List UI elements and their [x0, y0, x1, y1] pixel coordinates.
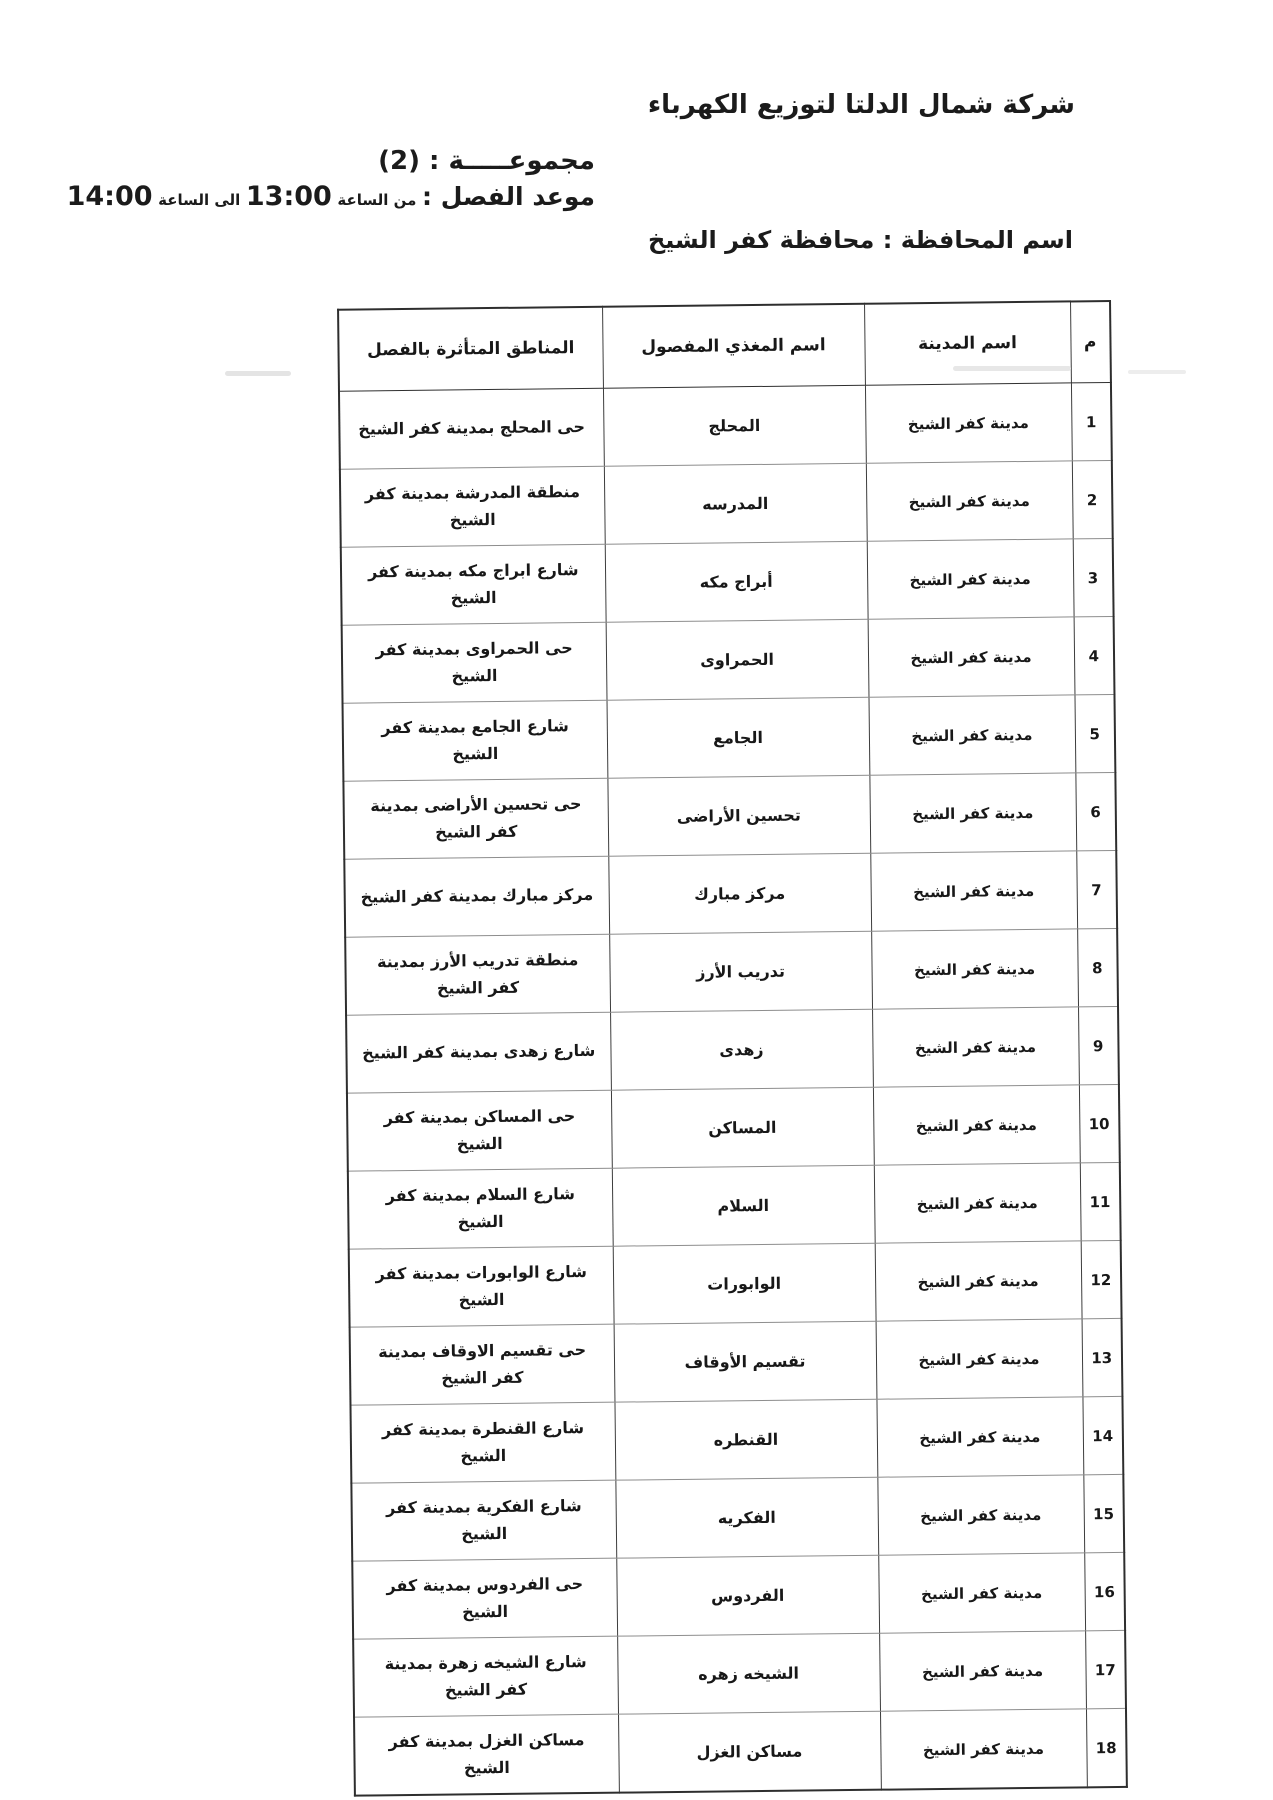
city-name: مدينة كفر الشيخ [873, 1085, 1080, 1165]
outage-table-body: 1 مدينة كفر الشيخ المحلج حى المحلج بمدين… [339, 382, 1127, 1795]
city-name: مدينة كفر الشيخ [874, 1163, 1081, 1243]
row-number: 12 [1081, 1240, 1122, 1318]
company-title: شركة شمال الدلتا لتوزيع الكهرباء [648, 90, 1075, 120]
affected-areas: مساكن الغزل بمدينة كفر الشيخ [354, 1714, 619, 1795]
city-name: مدينة كفر الشيخ [878, 1553, 1085, 1633]
row-number: 18 [1086, 1708, 1127, 1787]
row-number: 4 [1074, 616, 1115, 694]
feeder-name: تقسيم الأوقاف [614, 1321, 877, 1402]
outage-table: م اسم المدينة اسم المغذي المفصول المناطق… [337, 300, 1128, 1797]
city-name: مدينة كفر الشيخ [865, 383, 1072, 463]
table-row: 15 مدينة كفر الشيخ الفكريه شارع الفكرية … [351, 1474, 1124, 1561]
affected-areas: حى الفردوس بمدينة كفر الشيخ [352, 1558, 617, 1639]
table-row: 12 مدينة كفر الشيخ الوابورات شارع الوابو… [349, 1240, 1122, 1327]
col-header-num: م [1070, 301, 1111, 383]
affected-areas: حى المحلج بمدينة كفر الشيخ [339, 388, 604, 469]
city-name: مدينة كفر الشيخ [879, 1631, 1086, 1711]
row-number: 6 [1075, 772, 1116, 850]
affected-areas: مركز مبارك بمدينة كفر الشيخ [344, 856, 609, 937]
row-number: 2 [1072, 460, 1113, 538]
table-row: 7 مدينة كفر الشيخ مركز مبارك مركز مبارك … [344, 850, 1117, 937]
table-row: 11 مدينة كفر الشيخ السلام شارع السلام بم… [348, 1162, 1121, 1249]
table-row: 3 مدينة كفر الشيخ أبراج مكه شارع ابراج م… [341, 538, 1114, 625]
feeder-name: الشيخه زهره [617, 1633, 880, 1714]
affected-areas: شارع الوابورات بمدينة كفر الشيخ [349, 1246, 614, 1327]
table-row: 5 مدينة كفر الشيخ الجامع شارع الجامع بمد… [343, 694, 1116, 781]
row-number: 8 [1077, 928, 1118, 1006]
table-row: 2 مدينة كفر الشيخ المدرسه منطقة المدرشة … [340, 460, 1113, 547]
scan-artifact [225, 371, 291, 376]
affected-areas: حى تقسيم الاوقاف بمدينة كفر الشيخ [350, 1324, 615, 1405]
row-number: 14 [1082, 1396, 1123, 1474]
table-header-row: م اسم المدينة اسم المغذي المفصول المناطق… [338, 301, 1111, 391]
affected-areas: حى تحسين الأراضى بمدينة كفر الشيخ [343, 778, 608, 859]
col-header-areas: المناطق المتأثرة بالفصل [338, 307, 603, 391]
table-row: 16 مدينة كفر الشيخ الفردوس حى الفردوس بم… [352, 1552, 1125, 1639]
col-header-city: اسم المدينة [864, 301, 1071, 385]
affected-areas: منطقة المدرشة بمدينة كفر الشيخ [340, 466, 605, 547]
table-row: 6 مدينة كفر الشيخ تحسين الأراضى حى تحسين… [343, 772, 1116, 859]
feeder-name: مركز مبارك [608, 853, 871, 934]
row-number: 5 [1074, 694, 1115, 772]
feeder-name: القنطره [614, 1399, 877, 1480]
feeder-name: المحلج [603, 385, 866, 466]
city-name: مدينة كفر الشيخ [876, 1319, 1083, 1399]
col-header-feeder: اسم المغذي المفصول [602, 304, 865, 388]
city-name: مدينة كفر الشيخ [867, 539, 1074, 619]
group-label: مجموعـــــة : (2) [67, 146, 595, 176]
affected-areas: شارع السلام بمدينة كفر الشيخ [348, 1168, 613, 1249]
row-number: 1 [1071, 382, 1112, 460]
affected-areas: شارع القنطرة بمدينة كفر الشيخ [350, 1402, 615, 1483]
feeder-name: تحسين الأراضى [607, 775, 870, 856]
feeder-name: مساكن الغزل [618, 1711, 881, 1792]
affected-areas: شارع الشيخه زهرة بمدينة كفر الشيخ [353, 1636, 618, 1717]
feeder-name: أبراج مكه [605, 541, 868, 622]
row-number: 11 [1080, 1162, 1121, 1240]
table-row: 8 مدينة كفر الشيخ تدريب الأرز منطقة تدري… [345, 928, 1118, 1015]
city-name: مدينة كفر الشيخ [871, 929, 1078, 1009]
table-row: 1 مدينة كفر الشيخ المحلج حى المحلج بمدين… [339, 382, 1112, 469]
scan-artifact [1128, 370, 1186, 374]
city-name: مدينة كفر الشيخ [876, 1397, 1083, 1477]
table-row: 14 مدينة كفر الشيخ القنطره شارع القنطرة … [350, 1396, 1123, 1483]
city-name: مدينة كفر الشيخ [875, 1241, 1082, 1321]
affected-areas: شارع الجامع بمدينة كفر الشيخ [343, 700, 608, 781]
city-name: مدينة كفر الشيخ [872, 1007, 1079, 1087]
table-row: 17 مدينة كفر الشيخ الشيخه زهره شارع الشي… [353, 1630, 1126, 1717]
city-name: مدينة كفر الشيخ [870, 851, 1077, 931]
group-block: مجموعـــــة : (2) موعد الفصل : من الساعة… [67, 146, 595, 212]
feeder-name: الوابورات [613, 1243, 876, 1324]
row-number: 16 [1084, 1552, 1125, 1630]
affected-areas: شارع ابراج مكه بمدينة كفر الشيخ [341, 544, 606, 625]
city-name: مدينة كفر الشيخ [868, 695, 1075, 775]
table-row: 13 مدينة كفر الشيخ تقسيم الأوقاف حى تقسي… [350, 1318, 1123, 1405]
feeder-name: الحمراوى [606, 619, 869, 700]
affected-areas: شارع الفكرية بمدينة كفر الشيخ [351, 1480, 616, 1561]
city-name: مدينة كفر الشيخ [866, 461, 1073, 541]
city-name: مدينة كفر الشيخ [877, 1475, 1084, 1555]
feeder-name: الفردوس [616, 1555, 879, 1636]
outage-time-to: 14:00 [67, 181, 153, 212]
row-number: 3 [1073, 538, 1114, 616]
row-number: 15 [1083, 1474, 1124, 1552]
feeder-name: زهدى [610, 1009, 873, 1090]
governorate-line: اسم المحافظة : محافظة كفر الشيخ [648, 226, 1073, 254]
outage-time-from: 13:00 [246, 181, 332, 212]
row-number: 7 [1076, 850, 1117, 928]
feeder-name: السلام [612, 1165, 875, 1246]
table-row: 18 مدينة كفر الشيخ مساكن الغزل مساكن الغ… [354, 1708, 1127, 1795]
feeder-name: المساكن [611, 1087, 874, 1168]
feeder-name: المدرسه [604, 463, 867, 544]
feeder-name: الفكريه [615, 1477, 878, 1558]
affected-areas: حى المساكن بمدينة كفر الشيخ [347, 1090, 612, 1171]
row-number: 10 [1079, 1084, 1120, 1162]
row-number: 17 [1085, 1630, 1126, 1708]
outage-time-from-prefix: من الساعة [337, 191, 416, 209]
affected-areas: حى الحمراوى بمدينة كفر الشيخ [342, 622, 607, 703]
outage-time-line: موعد الفصل : من الساعة 13:00 الى الساعة … [67, 181, 595, 212]
affected-areas: منطقة تدريب الأرز بمدينة كفر الشيخ [345, 934, 610, 1015]
feeder-name: تدريب الأرز [609, 931, 872, 1012]
scanned-document-page: شركة شمال الدلتا لتوزيع الكهرباء مجموعــ… [0, 0, 1273, 1800]
feeder-name: الجامع [607, 697, 870, 778]
outage-time-label: موعد الفصل : [422, 182, 595, 211]
outage-time-to-prefix: الى الساعة [158, 191, 240, 209]
affected-areas: شارع زهدى بمدينة كفر الشيخ [346, 1012, 611, 1093]
city-name: مدينة كفر الشيخ [880, 1709, 1087, 1790]
scan-artifact [953, 366, 1071, 371]
row-number: 9 [1078, 1006, 1119, 1084]
table-row: 9 مدينة كفر الشيخ زهدى شارع زهدى بمدينة … [346, 1006, 1119, 1093]
city-name: مدينة كفر الشيخ [869, 773, 1076, 853]
table-row: 10 مدينة كفر الشيخ المساكن حى المساكن بم… [347, 1084, 1120, 1171]
table-row: 4 مدينة كفر الشيخ الحمراوى حى الحمراوى ب… [342, 616, 1115, 703]
city-name: مدينة كفر الشيخ [868, 617, 1075, 697]
outage-table-wrap: م اسم المدينة اسم المغذي المفصول المناطق… [337, 300, 1126, 1797]
row-number: 13 [1082, 1318, 1123, 1396]
